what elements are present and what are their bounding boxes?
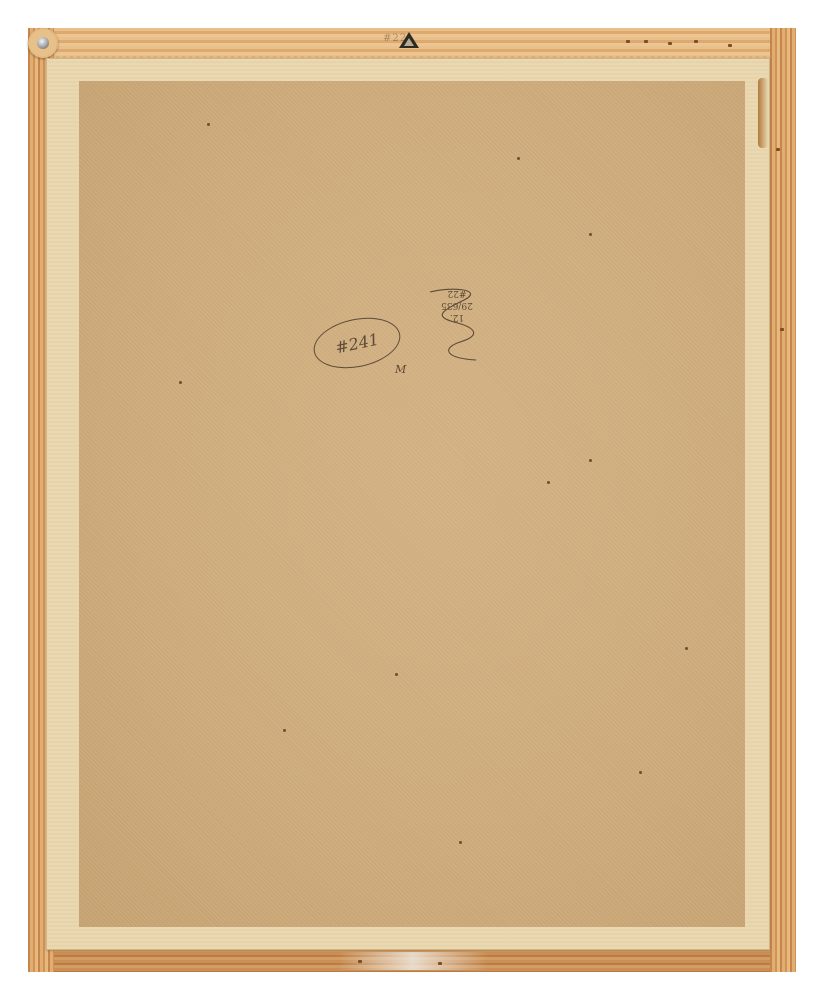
speck — [589, 233, 592, 236]
screw-washer-icon — [28, 28, 58, 58]
upside-down-notation: 12. 29/635 #22 — [427, 287, 487, 323]
frame-right-rail — [770, 28, 796, 972]
speck — [517, 157, 520, 160]
speck — [207, 123, 210, 126]
circled-inventory-number: #241 — [309, 310, 405, 375]
torn-tape-edge — [758, 78, 768, 148]
triangle-hanger-icon — [399, 32, 419, 48]
speck — [589, 459, 592, 462]
speck — [395, 673, 398, 676]
speck — [685, 647, 688, 650]
backing-board: #241 M 12. 29/635 #22 — [79, 81, 745, 927]
speck — [639, 771, 642, 774]
speck — [547, 481, 550, 484]
picture-frame: #22 #241 M — [28, 28, 796, 972]
speck — [179, 381, 182, 384]
speck — [283, 729, 286, 732]
speck — [459, 841, 462, 844]
inventory-suffix: M — [395, 363, 406, 376]
paper-tape-border: #241 M 12. 29/635 #22 — [46, 58, 770, 950]
